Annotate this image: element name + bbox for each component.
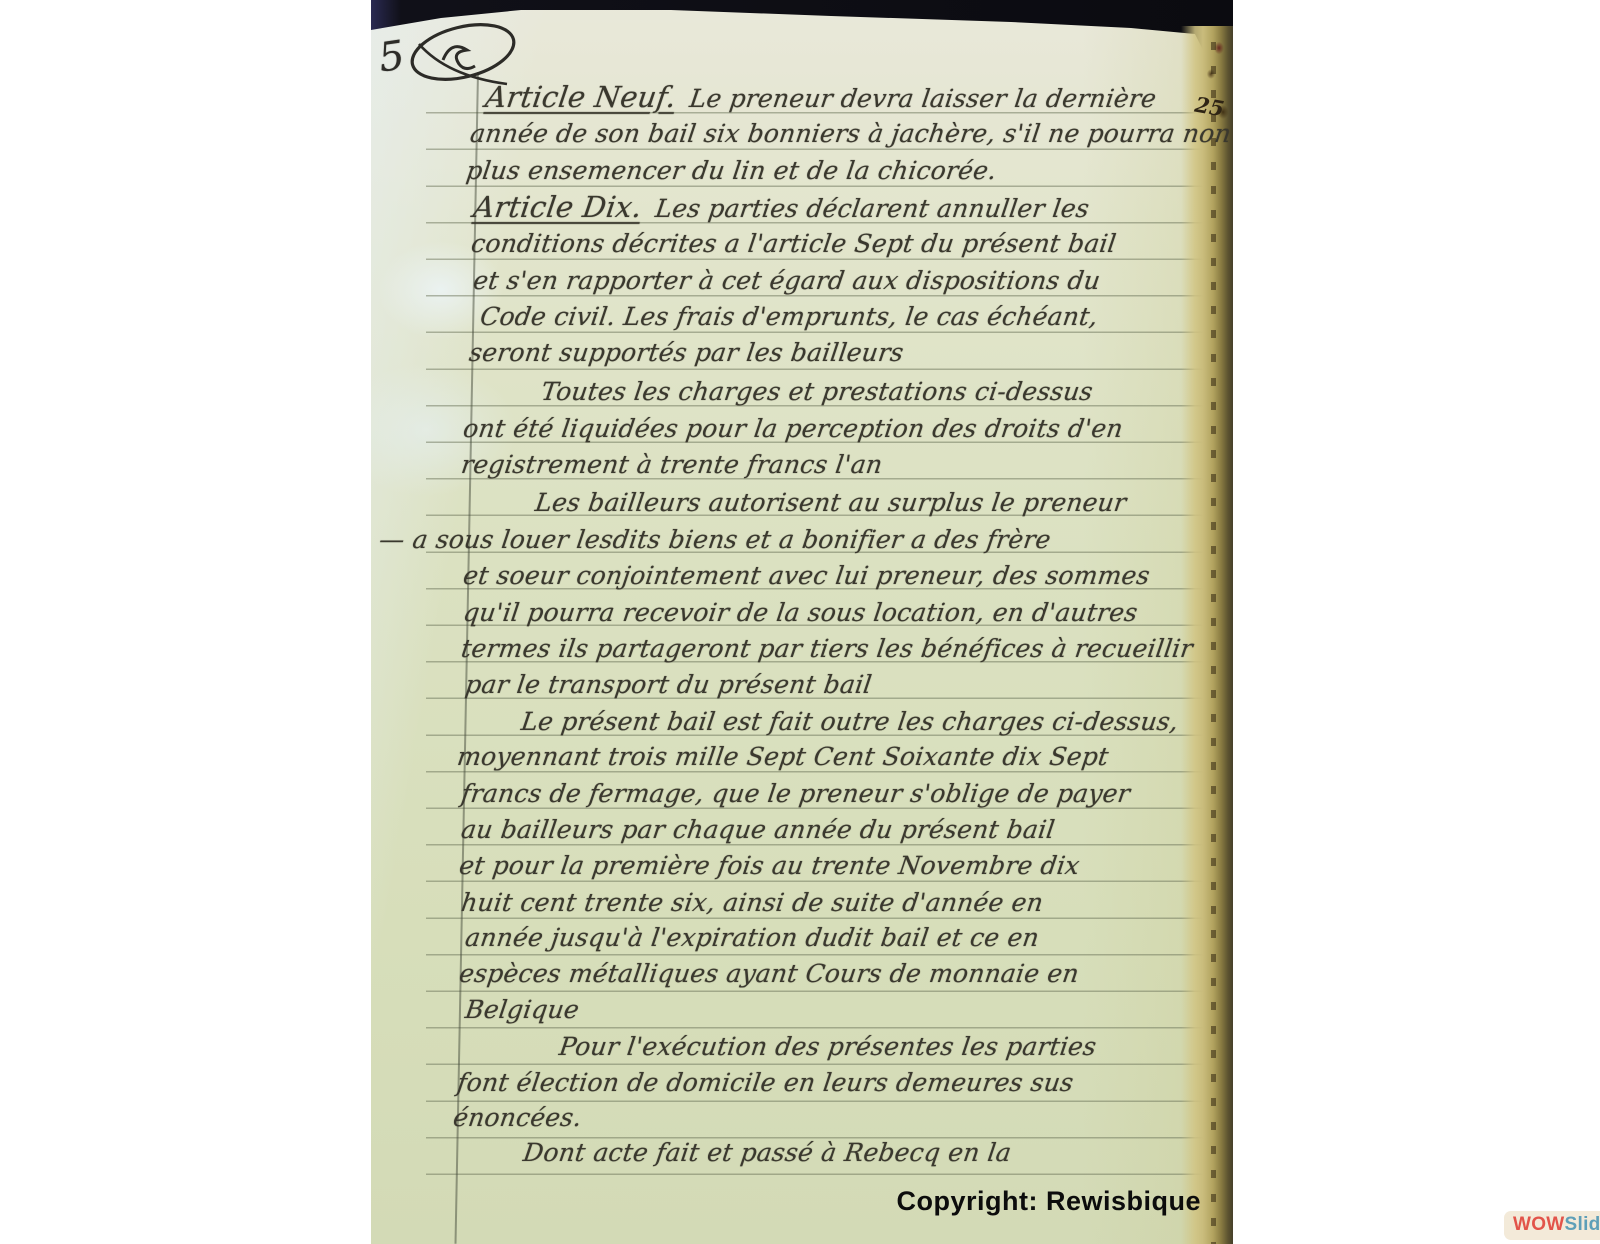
manuscript-line: au bailleurs par chaque année du présent… [459, 813, 1057, 847]
manuscript-line: registrement à trente francs l'an [459, 448, 885, 482]
manuscript-line: seront supportés par les bailleurs [467, 336, 906, 370]
wowslider-slider-text: Slider [1565, 1214, 1600, 1235]
manuscript-line: Belgique [463, 993, 581, 1027]
manuscript-line: énoncées. [451, 1101, 584, 1135]
manuscript-line: et soeur conjointement avec lui preneur,… [461, 559, 1152, 593]
manuscript-line: espèces métalliques ayant Cours de monna… [457, 957, 1081, 991]
wowslider-wow-text: WOW [1513, 1214, 1565, 1235]
manuscript-line: année jusqu'à l'expiration dudit bail et… [463, 921, 1041, 955]
manuscript-line: année de son bail six bonniers à jachère… [468, 117, 1233, 151]
manuscript-line: qu'il pourra recevoir de la sous locatio… [461, 596, 1140, 630]
manuscript-line: — a sous louer lesdits biens et a bonifi… [377, 523, 1053, 557]
manuscript-line: et s'en rapporter à cet égard aux dispos… [471, 264, 1103, 298]
manuscript-line: moyennant trois mille Sept Cent Soixante… [455, 740, 1111, 774]
manuscript-line: ont été liquidées pour la perception des… [461, 412, 1125, 446]
manuscript-line: Dont acte fait et passé à Rebecq en la [521, 1136, 1013, 1170]
article-nine-heading: Article Neuf. [483, 80, 678, 114]
manuscript-line: Article Neuf.Le preneur devra laisser la… [483, 80, 1159, 116]
manuscript-line: termes ils partageront par tiers les bén… [459, 632, 1195, 666]
manuscript-line: conditions décrites a l'article Sept du … [469, 227, 1118, 261]
manuscript-line: Les bailleurs autorisent au surplus le p… [533, 486, 1129, 520]
manuscript-line: huit cent trente six, ainsi de suite d'a… [459, 886, 1045, 920]
manuscript-line: Toutes les charges et prestations ci-des… [539, 375, 1095, 409]
manuscript-line: font élection de domicile en leurs demeu… [455, 1066, 1076, 1100]
wowslider-watermark[interactable]: WOWSlider [1504, 1211, 1600, 1240]
manuscript-line: plus ensemencer du lin et de la chicorée… [464, 154, 999, 188]
manuscript-line: Pour l'exécution des présentes les parti… [557, 1030, 1099, 1064]
manuscript-photo[interactable]: 5 25 Article Neuf.Le preneur devra laiss… [371, 0, 1233, 1244]
copyright-notice: Copyright: Rewisbique [896, 1186, 1201, 1217]
manuscript-line: Code civil. Les frais d'emprunts, le cas… [478, 300, 1100, 334]
article-ten-heading: Article Dix. [471, 190, 644, 224]
slide-frame: 5 25 Article Neuf.Le preneur devra laiss… [0, 0, 1600, 1244]
manuscript-line: Article Dix.Les parties déclarent annull… [471, 190, 1092, 226]
manuscript-line: Le présent bail est fait outre les charg… [519, 705, 1181, 739]
manuscript-line: francs de fermage, que le preneur s'obli… [459, 777, 1132, 811]
manuscript-line: et pour la première fois au trente Novem… [457, 849, 1082, 883]
manuscript-line: par le transport du présent bail [463, 668, 874, 702]
